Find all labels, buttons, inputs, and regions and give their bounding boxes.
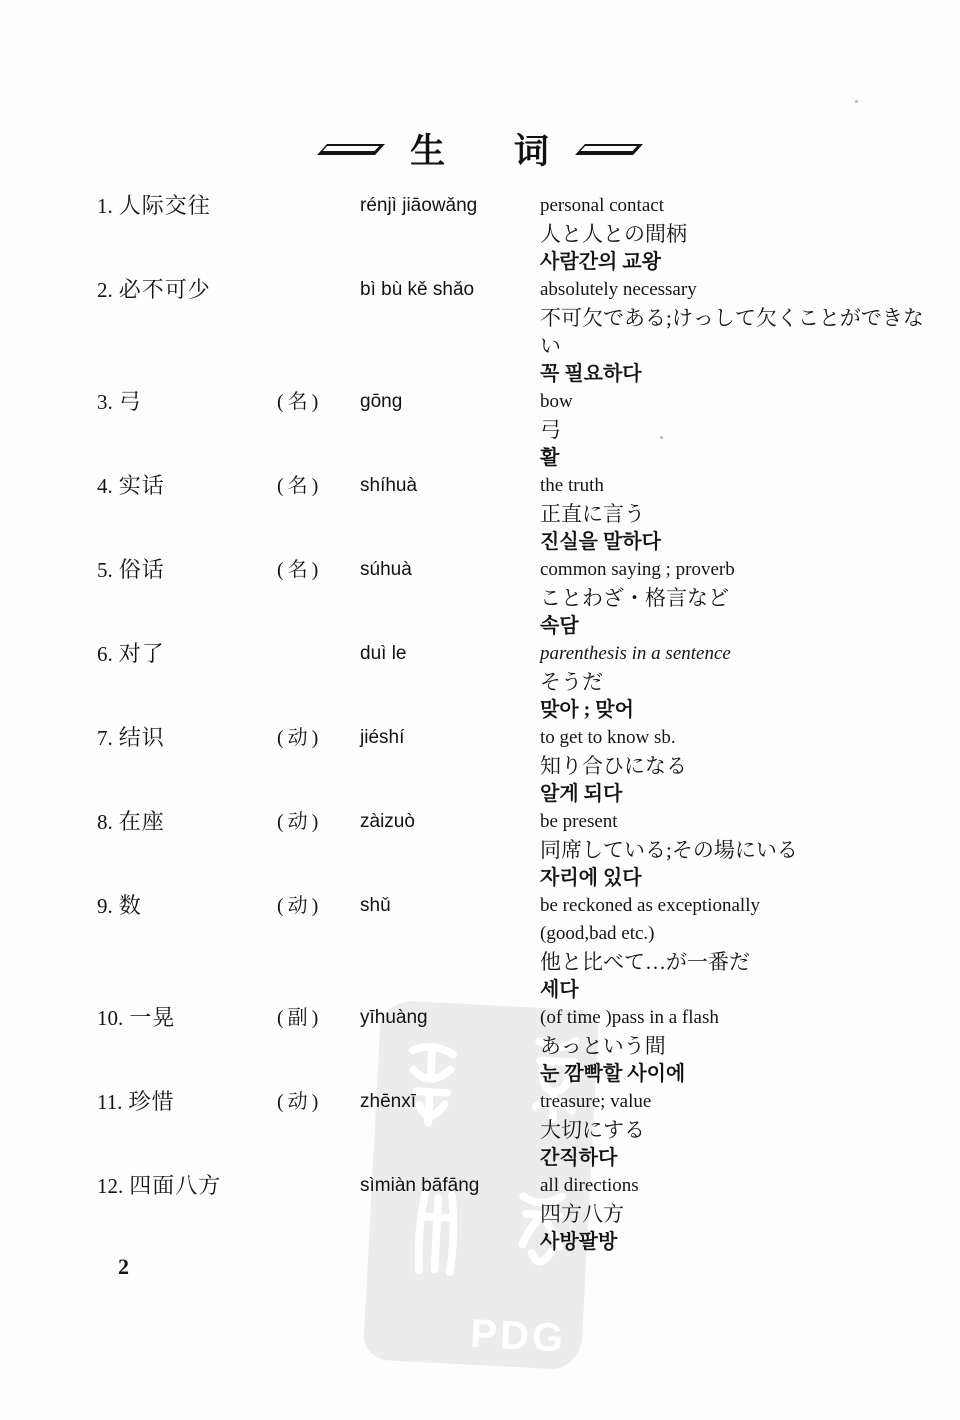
- entry-number: 1.: [97, 192, 113, 220]
- headword-cell: 9. 数: [97, 892, 277, 920]
- entry-headword: 珍惜: [128, 1088, 174, 1116]
- scan-speck: [660, 436, 663, 439]
- headword-cell: 10. 一晃: [97, 1004, 277, 1032]
- entry-pinyin: yīhuàng: [360, 1004, 540, 1032]
- definition-en: to get to know sb.: [540, 724, 925, 752]
- entry-pinyin: jiéshí: [360, 724, 540, 752]
- entry-headword: 弓: [119, 388, 142, 416]
- entry-pinyin: gōng: [360, 388, 540, 416]
- entry-pos: (副): [277, 1004, 360, 1032]
- title-decoration-left-icon: [317, 144, 385, 155]
- entry-pinyin: zàizuò: [360, 808, 540, 836]
- definition-ko: 간직하다: [540, 1144, 925, 1172]
- headword-cell: 3. 弓: [97, 388, 277, 416]
- definition-ko: 알게 되다: [540, 780, 925, 808]
- entry-pos: (名): [277, 556, 360, 584]
- definition-en: all directions: [540, 1172, 925, 1200]
- entry-number: 3.: [97, 388, 113, 416]
- entry-number: 7.: [97, 724, 113, 752]
- definition-ko: 맞아 ; 맞어: [540, 696, 925, 724]
- entry-number: 5.: [97, 556, 113, 584]
- vocab-entry-2: 2. 必不可少 bì bù kě shǎo absolutely necessa…: [0, 276, 960, 388]
- entry-pinyin: rénjì jiāowǎng: [360, 192, 540, 220]
- vocab-list: 1. 人际交往 rénjì jiāowǎng personal contact …: [0, 192, 960, 1256]
- definition-en: bow: [540, 388, 925, 416]
- entry-definitions: (of time )pass in a flash あっという間 눈 깜빡할 사…: [540, 1004, 925, 1088]
- vocab-entry-1: 1. 人际交往 rénjì jiāowǎng personal contact …: [0, 192, 960, 276]
- vocab-entry-4: 4. 实话 (名) shíhuà the truth 正直に言う 진실을 말하다: [0, 472, 960, 556]
- vocab-entry-3: 3. 弓 (名) gōng bow 弓 활: [0, 388, 960, 472]
- entry-definitions: absolutely necessary 不可欠である;けっして欠くことができな…: [540, 276, 925, 388]
- definition-ko: 사방팔방: [540, 1228, 925, 1256]
- entry-pos: (名): [277, 388, 360, 416]
- definition-ko: 세다: [540, 976, 925, 1004]
- vocab-entry-11: 11. 珍惜 (动) zhēnxī treasure; value 大切にする …: [0, 1088, 960, 1172]
- definition-en: (of time )pass in a flash: [540, 1004, 925, 1032]
- entry-pinyin: sìmiàn bāfāng: [360, 1172, 540, 1200]
- entry-pinyin: shǔ: [360, 892, 540, 920]
- entry-pinyin: shíhuà: [360, 472, 540, 500]
- entry-headword: 四面八方: [129, 1172, 221, 1200]
- textbook-page: PDG 生 词 1. 人际交往 rénjì jiāowǎng personal …: [0, 0, 960, 1420]
- definition-ko: 꼭 필요하다: [540, 360, 925, 388]
- entry-headword: 俗话: [119, 556, 165, 584]
- entry-definitions: all directions 四方八方 사방팔방: [540, 1172, 925, 1256]
- entry-number: 12.: [97, 1172, 123, 1200]
- page-title: 生 词: [410, 124, 550, 174]
- page-number: 2: [118, 1254, 129, 1280]
- entry-number: 9.: [97, 892, 113, 920]
- definition-en: parenthesis in a sentence: [540, 640, 925, 668]
- definition-en: the truth: [540, 472, 925, 500]
- entry-headword: 人际交往: [119, 192, 211, 220]
- entry-definitions: be reckoned as exceptionally (good,bad e…: [540, 892, 925, 1004]
- definition-ja: 同席している;その場にいる: [540, 836, 925, 864]
- entry-number: 10.: [97, 1004, 123, 1032]
- headword-cell: 5. 俗话: [97, 556, 277, 584]
- entry-headword: 必不可少: [119, 276, 211, 304]
- definition-ja: そうだ: [540, 668, 925, 696]
- definition-en: common saying ; proverb: [540, 556, 925, 584]
- entry-definitions: common saying ; proverb ことわざ・格言など 속담: [540, 556, 925, 640]
- definition-en: absolutely necessary: [540, 276, 925, 304]
- entry-pos: (动): [277, 724, 360, 752]
- vocab-entry-6: 6. 对了 duì le parenthesis in a sentence そ…: [0, 640, 960, 724]
- entry-headword: 在座: [119, 808, 165, 836]
- entry-definitions: the truth 正直に言う 진실을 말하다: [540, 472, 925, 556]
- entry-definitions: be present 同席している;その場にいる 자리에 있다: [540, 808, 925, 892]
- vocab-entry-8: 8. 在座 (动) zàizuò be present 同席している;その場にい…: [0, 808, 960, 892]
- headword-cell: 2. 必不可少: [97, 276, 277, 304]
- entry-number: 2.: [97, 276, 113, 304]
- entry-definitions: treasure; value 大切にする 간직하다: [540, 1088, 925, 1172]
- entry-headword: 结识: [119, 724, 165, 752]
- entry-definitions: bow 弓 활: [540, 388, 925, 472]
- title-decoration-right-icon: [575, 144, 643, 155]
- vocab-entry-7: 7. 结识 (动) jiéshí to get to know sb. 知り合ひ…: [0, 724, 960, 808]
- definition-ko: 자리에 있다: [540, 864, 925, 892]
- entry-pinyin: duì le: [360, 640, 540, 668]
- entry-pinyin: súhuà: [360, 556, 540, 584]
- headword-cell: 1. 人际交往: [97, 192, 277, 220]
- entry-headword: 实话: [119, 472, 165, 500]
- entry-definitions: parenthesis in a sentence そうだ 맞아 ; 맞어: [540, 640, 925, 724]
- entry-number: 4.: [97, 472, 113, 500]
- entry-pinyin: zhēnxī: [360, 1088, 540, 1116]
- definition-ja: 正直に言う: [540, 500, 925, 528]
- scan-speck: [855, 100, 858, 103]
- entry-pos: (动): [277, 808, 360, 836]
- definition-ko: 사람간의 교왕: [540, 248, 925, 276]
- entry-number: 6.: [97, 640, 113, 668]
- definition-ja: 不可欠である;けっして欠くことができない: [540, 304, 925, 360]
- definition-ja: 人と人との間柄: [540, 220, 925, 248]
- definition-en: (good,bad etc.): [540, 920, 925, 948]
- entry-definitions: personal contact 人と人との間柄 사람간의 교왕: [540, 192, 925, 276]
- headword-cell: 6. 对了: [97, 640, 277, 668]
- entry-pos: (动): [277, 1088, 360, 1116]
- vocab-entry-10: 10. 一晃 (副) yīhuàng (of time )pass in a f…: [0, 1004, 960, 1088]
- entry-headword: 一晃: [129, 1004, 175, 1032]
- vocab-entry-9: 9. 数 (动) shǔ be reckoned as exceptionall…: [0, 892, 960, 1004]
- definition-ja: 知り合ひになる: [540, 752, 925, 780]
- definition-ja: 四方八方: [540, 1200, 925, 1228]
- definition-ja: あっという間: [540, 1032, 925, 1060]
- headword-cell: 8. 在座: [97, 808, 277, 836]
- definition-en: be present: [540, 808, 925, 836]
- entry-headword: 数: [119, 892, 142, 920]
- definition-ja: 弓: [540, 416, 925, 444]
- headword-cell: 7. 结识: [97, 724, 277, 752]
- definition-ja: ことわざ・格言など: [540, 584, 925, 612]
- entry-pinyin: bì bù kě shǎo: [360, 276, 540, 304]
- headword-cell: 4. 实话: [97, 472, 277, 500]
- entry-number: 8.: [97, 808, 113, 836]
- entry-definitions: to get to know sb. 知り合ひになる 알게 되다: [540, 724, 925, 808]
- watermark-pdg-label: PDG: [469, 1312, 567, 1362]
- definition-ko: 진실을 말하다: [540, 528, 925, 556]
- section-title-row: 生 词: [0, 124, 960, 174]
- headword-cell: 12. 四面八方: [97, 1172, 277, 1200]
- vocab-entry-12: 12. 四面八方 sìmiàn bāfāng all directions 四方…: [0, 1172, 960, 1256]
- entry-pos: (动): [277, 892, 360, 920]
- entry-number: 11.: [97, 1088, 122, 1116]
- entry-headword: 对了: [119, 640, 165, 668]
- definition-ko: 눈 깜빡할 사이에: [540, 1060, 925, 1088]
- definition-ja: 他と比べて…が一番だ: [540, 948, 925, 976]
- headword-cell: 11. 珍惜: [97, 1088, 277, 1116]
- definition-en: personal contact: [540, 192, 925, 220]
- definition-ko: 속담: [540, 612, 925, 640]
- definition-ja: 大切にする: [540, 1116, 925, 1144]
- definition-ko: 활: [540, 444, 925, 472]
- vocab-entry-5: 5. 俗话 (名) súhuà common saying ; proverb …: [0, 556, 960, 640]
- definition-en: be reckoned as exceptionally: [540, 892, 925, 920]
- definition-en: treasure; value: [540, 1088, 925, 1116]
- entry-pos: (名): [277, 472, 360, 500]
